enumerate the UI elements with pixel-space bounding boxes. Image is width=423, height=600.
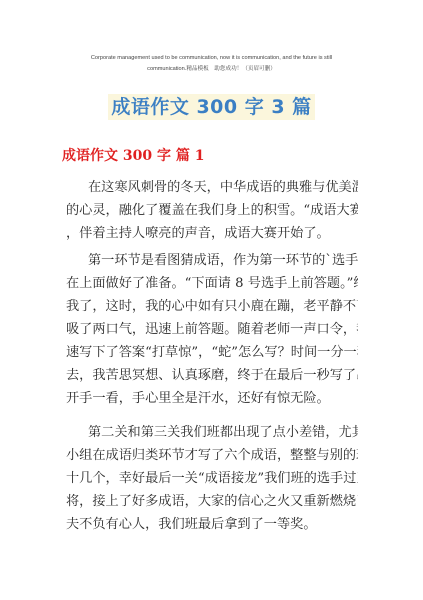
page-header: Corporate management used to be communic… bbox=[0, 53, 423, 75]
paragraph-line: 我了，这时，我的心中如有只小鹿在蹦，老平静不下来，我深 bbox=[66, 295, 358, 318]
paragraph-line: 十几个，幸好最后一关“成语接龙”我们班的选手过五关斩六 bbox=[66, 467, 358, 490]
header-line-2: communication.精品模板 助您成功！（页眉可删） bbox=[0, 64, 423, 75]
paragraph-line: 小组在成语归类环节才写了六个成语，整整与别的班级拉开了 bbox=[66, 444, 358, 467]
paragraph-line: 吸了两口气，迅速上前答题。随着老师一声口令，我拿起笔迅 bbox=[66, 318, 358, 341]
paragraph-line: 在上面做好了准备。“下面请 8 号选手上前答题。”终于轮到 bbox=[66, 272, 358, 295]
section-title: 成语作文 300 字 篇 1 bbox=[62, 146, 204, 166]
paragraph-line: 在这寒风刺骨的冬天，中华成语的典雅与优美温暖着我们 bbox=[66, 176, 358, 199]
header-line-1: Corporate management used to be communic… bbox=[91, 55, 332, 61]
paragraph-line: 第二关和第三关我们班都出现了点小差错，尤其是王晓雨 bbox=[66, 421, 358, 444]
paragraph-line: ，伴着主持人嘹亮的声音，成语大赛开始了。 bbox=[66, 222, 358, 245]
document-title: 成语作文 300 字 3 篇 bbox=[108, 94, 314, 120]
paragraph-line: 速写下了答案“打草惊”，“蛇”怎么写？时间一分一秒的过 bbox=[66, 341, 358, 364]
paragraph-1: 在这寒风刺骨的冬天，中华成语的典雅与优美温暖着我们 的心灵，融化了覆盖在我们身上… bbox=[66, 176, 358, 245]
paragraph-line: 第一环节是看图猜成语，作为第一环节的`选手，我们早就 bbox=[66, 249, 358, 272]
paragraph-line: 去，我苦思冥想、认真琢磨，终于在最后一秒写了出来。我张 bbox=[66, 364, 358, 387]
paragraph-line: 将，接上了好多成语，大家的信心之火又重新燃烧了起来。功 bbox=[66, 490, 358, 513]
paragraph-line: 夫不负有心人，我们班最后拿到了一等奖。 bbox=[66, 513, 358, 536]
paragraph-2: 第一环节是看图猜成语，作为第一环节的`选手，我们早就 在上面做好了准备。“下面请… bbox=[66, 249, 358, 410]
paragraph-3: 第二关和第三关我们班都出现了点小差错，尤其是王晓雨 小组在成语归类环节才写了六个… bbox=[66, 421, 358, 536]
document-title-block: 成语作文 300 字 3 篇 bbox=[0, 94, 423, 120]
paragraph-line: 的心灵，融化了覆盖在我们身上的积雪。“成语大赛现在开始” bbox=[66, 199, 358, 222]
paragraph-line: 开手一看，手心里全是汗水，还好有惊无险。 bbox=[66, 387, 358, 410]
